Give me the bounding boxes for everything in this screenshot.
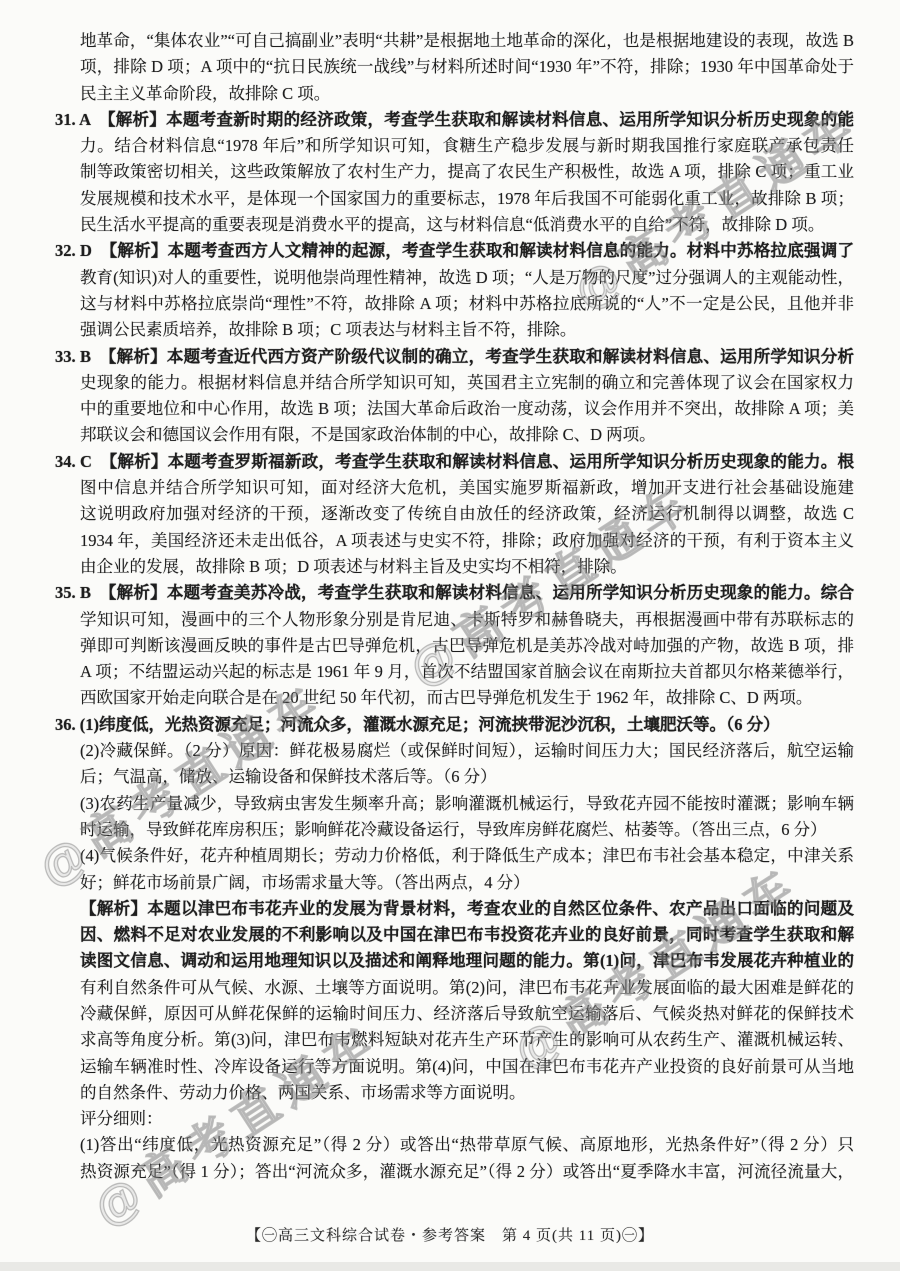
text-line: 1934 年，美国经济还未走出低谷，A 项表述与史实不符，排除；政府加强对经济的… (0, 528, 900, 554)
text-line: 中的重要地位和中心作用，故选 B 项；法国大革命后政治一度动荡，议会作用并不突出… (0, 396, 900, 422)
text-line: 弹即可判断该漫画反映的事件是古巴导弹危机，古巴导弹危机是美苏冷战对峙加强的产物，… (0, 633, 900, 659)
text-line: 热资源充足”（得 1 分）；答出“河流众多，灌溉水源充足”（得 2 分）或答出“… (0, 1159, 900, 1185)
text-line: 运输车辆准时性、冷库设备运行等方面说明。第(4)问，中国在津巴布韦花卉产业投资的… (0, 1054, 900, 1080)
text-line: 【解析】本题以津巴布韦花卉业的发展为背景材料，考查农业的自然区位条件、农产品出口… (0, 896, 900, 922)
text-line: 35. B 【解析】本题考查美苏冷战，考查学生获取和解读材料信息、运用所学知识分… (0, 580, 900, 606)
page-footer: 【㊀高三文科综合试卷・参考答案 第 4 页(共 11 页)㊀】 (0, 1224, 900, 1245)
text-line: (3)农药生产量减少，导致病虫害发生频率升高；影响灌溉机械运行，导致花卉园不能按… (0, 791, 900, 817)
text-line: 时运输，导致鲜花库房积压；影响鲜花冷藏设备运行，导致库房鲜花腐烂、枯萎等。（答出… (0, 817, 900, 843)
text-line: 的自然条件、劳动力价格、两国关系、市场需求等方面说明。 (0, 1080, 900, 1106)
text-line: 这说明政府加强对经济的干预，逐渐改变了传统自由放任的经济政策，经济运行机制得以调… (0, 501, 900, 527)
exam-answer-page: 地革命，“集体农业”“可自己搞副业”表明“共耕”是根据地土地革命的深化，也是根据… (0, 0, 900, 1271)
text-line: (1)答出“纬度低，光热资源充足”（得 2 分）或答出“热带草原气候、高原地形，… (0, 1132, 900, 1158)
text-line: 有利自然条件可从气候、水源、土壤等方面说明。第(2)问，津巴布韦花卉业发展面临的… (0, 975, 900, 1001)
text-line: 33. B 【解析】本题考查近代西方资产阶级代议制的确立，考查学生获取和解读材料… (0, 344, 900, 370)
text-line: 西欧国家开始走向联合是在 20 世纪 50 年代初，而古巴导弹危机发生于 196… (0, 685, 900, 711)
text-line: 冷藏保鲜，原因可从鲜花保鲜的运输时间压力、经济落后导致航空运输落后、气候炎热对鲜… (0, 1001, 900, 1027)
text-line: 学知识可知，漫画中的三个人物形象分别是肯尼迪、卡斯特罗和赫鲁晓夫，再根据漫画中带… (0, 607, 900, 633)
answer-text-block: 地革命，“集体农业”“可自己搞副业”表明“共耕”是根据地土地革命的深化，也是根据… (0, 28, 900, 1185)
text-line: 因、燃料不足对农业发展的不利影响以及中国在津巴布韦投资花卉业的良好前景，同时考查… (0, 922, 900, 948)
text-line: 由企业的发展，故排除 B 项；D 项表述与材料主旨及史实均不相符，排除。 (0, 554, 900, 580)
text-line: 求高等角度分析。第(3)问，津巴布韦燃料短缺对花卉生产环节产生的影响可从农药生产… (0, 1027, 900, 1053)
text-line: 民主主义革命阶段，故排除 C 项。 (0, 81, 900, 107)
text-line: 史现象的能力。根据材料信息并结合所学知识可知，英国君主立宪制的确立和完善体现了议… (0, 370, 900, 396)
text-line: 教育(知识)对人的重要性，说明他崇尚理性精神，故选 D 项；“人是万物的尺度”过… (0, 265, 900, 291)
text-line: 评分细则： (0, 1106, 900, 1132)
text-line: 32. D 【解析】本题考查西方人文精神的起源，考查学生获取和解读材料信息的能力… (0, 238, 900, 264)
text-line: 力。结合材料信息“1978 年后”和所学知识可知，食糖生产稳步发展与新时期我国推… (0, 133, 900, 159)
text-line: 强调公民素质培养，故排除 B 项；C 项表达与材料主旨不符，排除。 (0, 317, 900, 343)
text-line: 民生活水平提高的重要表现是消费水平的提高，这与材料信息“低消费水平的自给”不符，… (0, 212, 900, 238)
text-line: 好；鲜花市场前景广阔，市场需求量大等。（答出两点，4 分） (0, 870, 900, 896)
text-line: 31. A 【解析】本题考查新时期的经济政策，考查学生获取和解读材料信息、运用所… (0, 107, 900, 133)
text-line: 读图文信息、调动和运用地理知识以及描述和阐释地理问题的能力。第(1)问，津巴布韦… (0, 948, 900, 974)
text-line: (2)冷藏保鲜。（2 分）原因：鲜花极易腐烂（或保鲜时间短），运输时间压力大；国… (0, 738, 900, 764)
text-line: (4)气候条件好，花卉种植周期长；劳动力价格低，利于降低生产成本；津巴布韦社会基… (0, 843, 900, 869)
text-line: 34. C 【解析】本题考查罗斯福新政，考查学生获取和解读材料信息、运用所学知识… (0, 449, 900, 475)
text-line: 发展规模和技术水平，是体现一个国家国力的重要标志，1978 年后我国不可能弱化重… (0, 186, 900, 212)
text-line: 图中信息并结合所学知识可知，面对经济大危机，美国实施罗斯福新政，增加开支进行社会… (0, 475, 900, 501)
scan-edge-band (0, 1262, 900, 1271)
text-line: 制等政策密切相关，这些政策解放了农村生产力，提高了农民生产积极性，故选 A 项，… (0, 159, 900, 185)
text-line: 这与材料中苏格拉底崇尚“理性”不符，故排除 A 项；材料中苏格拉底所说的“人”不… (0, 291, 900, 317)
text-line: 邦联议会和德国议会作用有限，不是国家政治体制的中心，故排除 C、D 两项。 (0, 422, 900, 448)
text-line: A 项；不结盟运动兴起的标志是 1961 年 9 月，首次不结盟国家首脑会议在南… (0, 659, 900, 685)
text-line: 后；气温高，储放、运输设备和保鲜技术落后等。（6 分） (0, 764, 900, 790)
text-line: 地革命，“集体农业”“可自己搞副业”表明“共耕”是根据地土地革命的深化，也是根据… (0, 28, 900, 54)
text-line: 项，排除 D 项；A 项中的“抗日民族统一战线”与材料所述时间“1930 年”不… (0, 54, 900, 80)
text-line: 36. (1)纬度低，光热资源充足；河流众多，灌溉水源充足；河流挟带泥沙沉积，土… (0, 712, 900, 738)
